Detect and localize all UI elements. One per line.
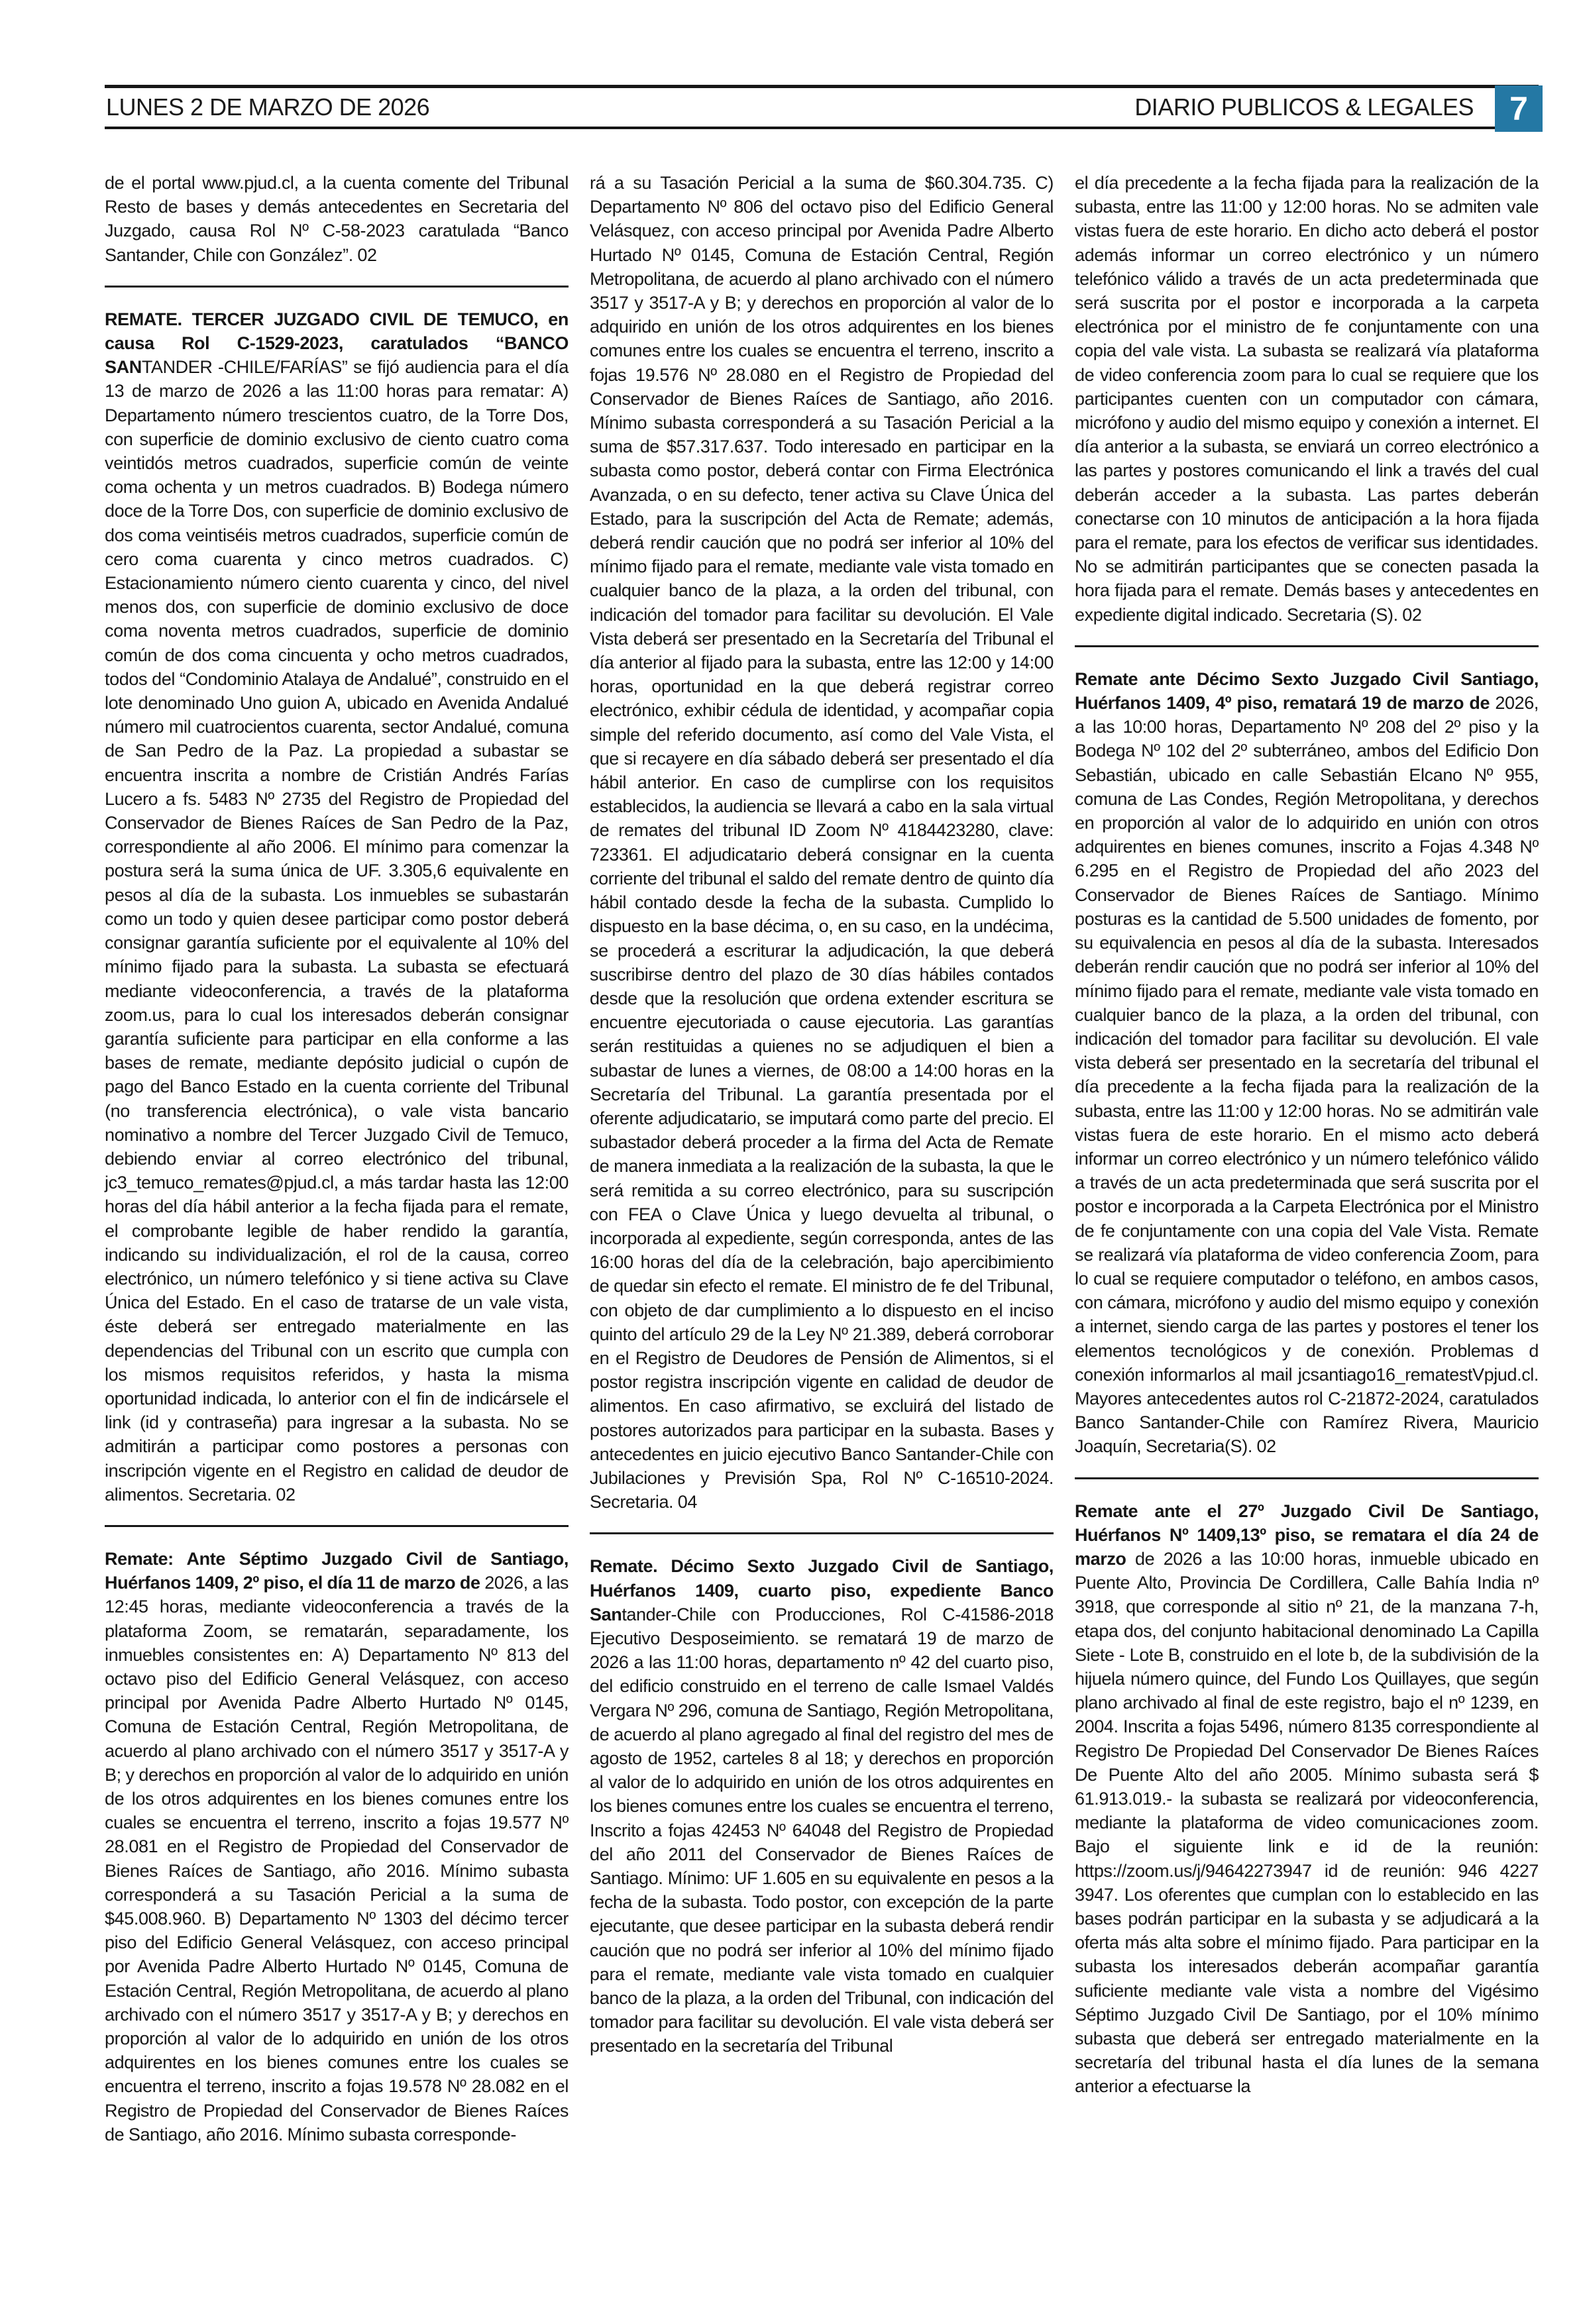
legal-notice: Remate. Décimo Sexto Juzgado Civil de Sa…: [590, 1554, 1054, 2058]
notice-divider: [1075, 645, 1539, 647]
legal-notice: de el portal www.pjud.cl, a la cuenta co…: [105, 171, 569, 267]
notices-column-3: el día precedente a la fecha fijada para…: [1075, 171, 1539, 2099]
masthead-title: DIARIO PUBLICOS & LEGALES: [1134, 93, 1474, 121]
notice-divider: [590, 1532, 1054, 1534]
notice-text: 2026, a las 12:45 horas, mediante videoc…: [105, 1573, 569, 2144]
legal-notice: rá a su Tasación Pericial a la suma de $…: [590, 171, 1054, 1514]
notice-text: 2026, a las 10:00 horas, Departamento Nº…: [1075, 693, 1539, 1456]
notice-headline: Remate ante Décimo Sexto Juzgado Civil S…: [1075, 669, 1539, 713]
notice-text: TANDER -CHILE/FARÍAS” se fijó audiencia …: [105, 357, 569, 1505]
legal-notice: Remate ante Décimo Sexto Juzgado Civil S…: [1075, 667, 1539, 1459]
legal-notice: el día precedente a la fecha fijada para…: [1075, 171, 1539, 627]
page-header: LUNES 2 DE MARZO DE 2026 DIARIO PUBLICOS…: [105, 85, 1539, 129]
notice-text: tander-Chile con Producciones, Rol C-415…: [590, 1605, 1054, 2056]
legal-notice: Remate ante el 27º Juzgado Civil De Sant…: [1075, 1499, 1539, 2099]
notice-divider: [105, 286, 569, 288]
notice-text: de el portal www.pjud.cl, a la cuenta co…: [105, 173, 569, 265]
legal-notice: Remate: Ante Séptimo Juzgado Civil de Sa…: [105, 1547, 569, 2146]
notice-text: de 2026 a las 10:00 horas, inmueble ubic…: [1075, 1549, 1539, 2096]
notice-text: rá a su Tasación Pericial a la suma de $…: [590, 173, 1054, 1512]
page-number-badge: 7: [1495, 85, 1543, 132]
header-date: LUNES 2 DE MARZO DE 2026: [106, 93, 429, 121]
notice-divider: [105, 1525, 569, 1527]
page-number: 7: [1509, 89, 1528, 128]
notices-column-1: de el portal www.pjud.cl, a la cuenta co…: [105, 171, 569, 2146]
notice-text: el día precedente a la fecha fijada para…: [1075, 173, 1539, 625]
legal-notice: REMATE. TERCER JUZGADO CIVIL DE TEMUCO, …: [105, 307, 569, 1506]
notice-divider: [1075, 1477, 1539, 1479]
notices-column-2: rá a su Tasación Pericial a la suma de $…: [590, 171, 1054, 2058]
newspaper-page: { "header": { "date": "LUNES 2 DE MARZO …: [0, 0, 1581, 2324]
